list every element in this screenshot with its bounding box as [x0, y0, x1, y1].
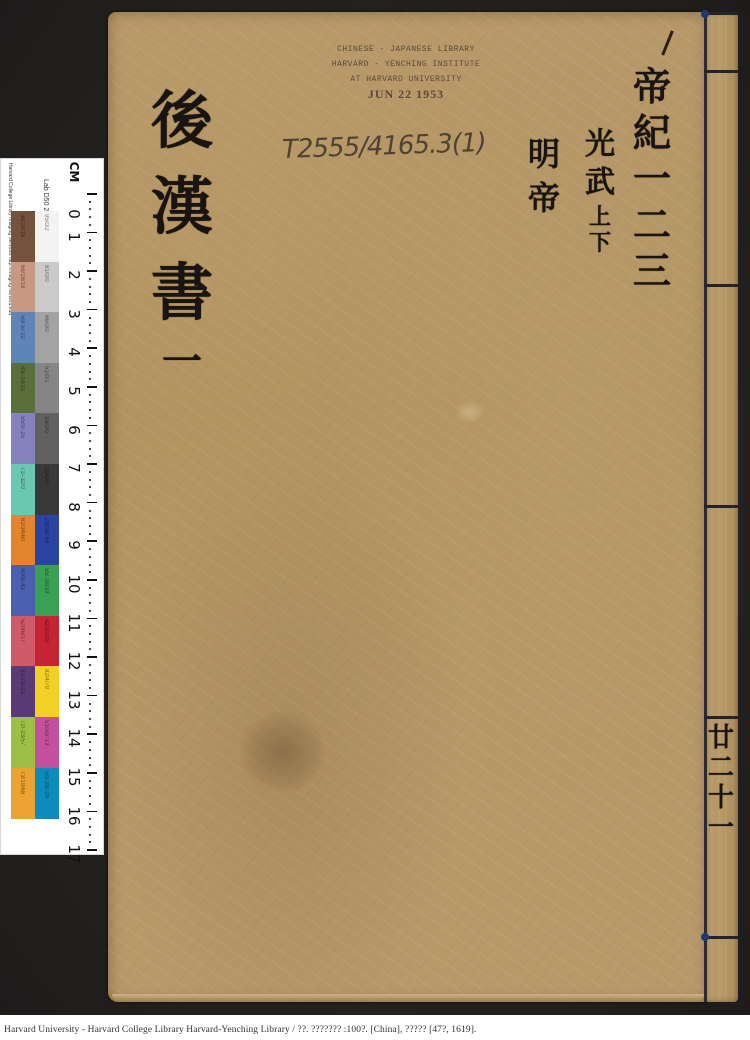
- ruler-minor-tick: [89, 525, 91, 527]
- ruler-minor-tick: [89, 363, 91, 365]
- color-patch: 73/19/68: [11, 768, 35, 819]
- title-char: 漢: [132, 176, 232, 238]
- ruler-minor-tick: [89, 340, 91, 342]
- cover-bottom-edge: [112, 994, 704, 1000]
- patch-lab-value: 50/-5/-22: [19, 315, 25, 339]
- ruler-minor-tick: [89, 286, 91, 288]
- stamp-line-2: HARVARD - YENCHING INSTITUTE: [322, 57, 490, 72]
- ruler-major-tick: [87, 579, 97, 581]
- color-patch: 72/-23/57: [11, 717, 35, 768]
- ruler-minor-tick: [89, 208, 91, 210]
- ruler-minor-tick: [89, 787, 91, 789]
- ruler-number: 0: [65, 203, 83, 225]
- ruler-minor-tick: [89, 371, 91, 373]
- label-char: 帝: [628, 68, 676, 106]
- water-stain: [240, 712, 325, 792]
- color-patch: 50/-28/-29: [35, 768, 59, 819]
- ruler-number: 7: [65, 457, 83, 479]
- patch-lab-value: 82/4/79: [43, 669, 49, 689]
- ruler-major-tick: [87, 309, 97, 311]
- spine-char: 二: [704, 755, 738, 781]
- ruler-minor-tick: [89, 564, 91, 566]
- patch-lab-value: 81/0/0: [43, 265, 49, 282]
- ruler-minor-tick: [89, 255, 91, 257]
- volume-char: 一: [132, 342, 232, 382]
- color-patch: 20/0/0: [35, 464, 59, 515]
- ruler-minor-tick: [89, 687, 91, 689]
- ruler-minor-tick: [89, 741, 91, 743]
- ruler-minor-tick: [89, 355, 91, 357]
- color-patch: 38/14/18: [11, 211, 35, 262]
- binding-stitch: [704, 716, 738, 719]
- ruler-number: 14: [65, 727, 83, 749]
- color-patch: 55/-38/33: [35, 565, 59, 616]
- ruler-unit-label: CM: [67, 161, 81, 183]
- ruler-major-tick: [87, 425, 97, 427]
- patch-lab-value: 38/14/18: [19, 214, 25, 237]
- ruler-number: 6: [65, 419, 83, 441]
- ruler-number: 3: [65, 303, 83, 325]
- light-spot: [455, 400, 485, 424]
- color-patch: 51/0/1: [35, 363, 59, 414]
- ruler-number: 15: [65, 766, 83, 788]
- ruler-minor-tick: [89, 818, 91, 820]
- ruler-minor-tick: [89, 757, 91, 759]
- ruler-minor-tick: [89, 826, 91, 828]
- binding-knot: [701, 933, 709, 941]
- ruler-major-tick: [87, 386, 97, 388]
- color-patch: 43/-14/21: [11, 363, 35, 414]
- contents-label-column-2: 光 武 上 下: [578, 130, 622, 258]
- ruler-minor-tick: [89, 432, 91, 434]
- ruler-number: 11: [65, 612, 83, 634]
- ruler-minor-tick: [89, 201, 91, 203]
- ruler-number: 12: [65, 650, 83, 672]
- patch-lab-value: 42/52/29: [43, 619, 49, 642]
- ruler-minor-tick: [89, 672, 91, 674]
- cm-ruler: CM 01234567891011121314151617: [59, 159, 105, 856]
- ruler-major-tick: [87, 733, 97, 735]
- label-char: 光: [578, 130, 622, 160]
- title-char: 後: [132, 90, 232, 152]
- ruler-minor-tick: [89, 394, 91, 396]
- stamp-line-1: CHINESE - JAPANESE LIBRARY: [322, 42, 490, 57]
- patch-lab-value: 20/0/0: [43, 467, 49, 484]
- ruler-minor-tick: [89, 556, 91, 558]
- ruler-minor-tick: [89, 703, 91, 705]
- stamp-date: JUN 22 1953: [322, 87, 490, 102]
- ruler-minor-tick: [89, 726, 91, 728]
- image-caption: Harvard University - Harvard College Lib…: [0, 1015, 750, 1040]
- ruler-minor-tick: [89, 448, 91, 450]
- label-char: 上: [578, 206, 622, 228]
- patch-lab-value: 51/0/1: [43, 366, 49, 383]
- patch-lab-value: 62/34/60: [19, 518, 25, 541]
- ruler-minor-tick: [89, 749, 91, 751]
- color-patch: 82/4/79: [35, 666, 59, 717]
- binding-stitch: [704, 936, 738, 939]
- ruler-minor-tick: [89, 548, 91, 550]
- ruler-minor-tick: [89, 471, 91, 473]
- patch-lab-value: 95/0/2: [43, 214, 49, 231]
- ruler-minor-tick: [89, 479, 91, 481]
- ruler-minor-tick: [89, 440, 91, 442]
- ruler-major-tick: [87, 540, 97, 542]
- patch-lab-value: 55/-38/33: [43, 568, 49, 593]
- ruler-minor-tick: [89, 610, 91, 612]
- ruler-major-tick: [87, 618, 97, 620]
- stamp-line-3: AT HARVARD UNIVERSITY: [322, 72, 490, 87]
- ruler-minor-tick: [89, 679, 91, 681]
- ruler-minor-tick: [89, 224, 91, 226]
- label-char: 下: [578, 232, 622, 254]
- contents-label-column-3: 明 帝: [522, 138, 566, 226]
- spine-char: 廿: [704, 725, 738, 751]
- ruler-minor-tick: [89, 378, 91, 380]
- binding-stitch: [704, 505, 738, 508]
- ruler-major-tick: [87, 849, 97, 851]
- ruler-major-tick: [87, 811, 97, 813]
- ruler-minor-tick: [89, 510, 91, 512]
- library-stamp: CHINESE - JAPANESE LIBRARY HARVARD - YEN…: [322, 42, 490, 102]
- patch-lab-value: 73/19/68: [19, 771, 25, 794]
- scanned-book-cover-image: CHINESE - JAPANESE LIBRARY HARVARD - YEN…: [0, 0, 750, 1015]
- label-char: 紀: [628, 114, 676, 152]
- patch-lab-value: 31/21/-21: [19, 669, 25, 694]
- ruler-minor-tick: [89, 239, 91, 241]
- ruler-minor-tick: [89, 486, 91, 488]
- ruler-major-tick: [87, 232, 97, 234]
- patch-lab-value: 52/48/17: [19, 619, 25, 642]
- ruler-number: 16: [65, 805, 83, 827]
- title-char: 書: [132, 262, 232, 324]
- patch-lab-value: 40/8/-43: [19, 568, 25, 590]
- ruler-minor-tick: [89, 641, 91, 643]
- ruler-major-tick: [87, 695, 97, 697]
- ruler-minor-tick: [89, 417, 91, 419]
- ruler-minor-tick: [89, 247, 91, 249]
- ruler-minor-tick: [89, 409, 91, 411]
- ruler-number: 17: [65, 843, 83, 865]
- ruler-minor-tick: [89, 633, 91, 635]
- color-patch: 66/0/0: [35, 312, 59, 363]
- ruler-major-tick: [87, 502, 97, 504]
- ruler-major-tick: [87, 772, 97, 774]
- patch-lab-value: 50/-28/-29: [43, 771, 49, 798]
- ruler-minor-tick: [89, 317, 91, 319]
- ruler-minor-tick: [89, 803, 91, 805]
- binding-knot: [701, 10, 709, 18]
- label-char: 一: [628, 160, 676, 198]
- label-char: 帝: [522, 182, 566, 214]
- color-patch: 51/50/-13: [35, 717, 59, 768]
- binding-stitch: [704, 284, 738, 287]
- patch-lab-value: 43/-14/21: [19, 366, 25, 391]
- ruler-minor-tick: [89, 517, 91, 519]
- ruler-major-tick: [87, 270, 97, 272]
- ruler-number: 4: [65, 341, 83, 363]
- ruler-minor-tick: [89, 324, 91, 326]
- ruler-minor-tick: [89, 494, 91, 496]
- ruler-major-tick: [87, 193, 97, 195]
- ruler-minor-tick: [89, 278, 91, 280]
- ruler-minor-tick: [89, 401, 91, 403]
- ruler-minor-tick: [89, 795, 91, 797]
- binding-stitch: [704, 70, 738, 73]
- patch-lab-value: 71/-32/0: [19, 467, 25, 489]
- color-checker-ruler: Harvard College Library Imaging Services…: [0, 158, 104, 855]
- color-patch: 52/48/17: [11, 616, 35, 667]
- ruler-number: 9: [65, 534, 83, 556]
- patch-lab-value: 35/0/0: [43, 416, 49, 433]
- patch-lab-value: 51/50/-13: [43, 720, 49, 745]
- ruler-major-tick: [87, 463, 97, 465]
- patch-lab-value: 55/9/-25: [19, 416, 25, 438]
- ruler-minor-tick: [89, 293, 91, 295]
- label-char: 三: [628, 252, 676, 290]
- color-patch: 42/52/29: [35, 616, 59, 667]
- ruler-minor-tick: [89, 841, 91, 843]
- patch-lab-value: 72/-23/57: [19, 720, 25, 745]
- ruler-minor-tick: [89, 571, 91, 573]
- ruler-major-tick: [87, 656, 97, 658]
- contents-label-column-1: 帝 紀 一 二 三: [628, 68, 676, 298]
- ruler-major-tick: [87, 347, 97, 349]
- patch-lab-value: 66/18/18: [19, 265, 25, 288]
- ruler-number: 1: [65, 226, 83, 248]
- ruler-minor-tick: [89, 332, 91, 334]
- color-patch: 81/0/0: [35, 262, 59, 313]
- color-patch: 40/8/-43: [11, 565, 35, 616]
- color-patch: 62/34/60: [11, 515, 35, 566]
- ruler-minor-tick: [89, 718, 91, 720]
- color-patch: 50/-5/-22: [11, 312, 35, 363]
- ruler-minor-tick: [89, 834, 91, 836]
- label-char: 二: [628, 206, 676, 244]
- ruler-minor-tick: [89, 216, 91, 218]
- color-patch: 29/19/-54: [35, 515, 59, 566]
- color-patch: 35/0/0: [35, 413, 59, 464]
- ruler-number: 5: [65, 380, 83, 402]
- binding-stitch: [704, 12, 738, 15]
- spine-char: 十: [704, 785, 738, 811]
- spine-char: 一: [704, 815, 738, 841]
- ruler-minor-tick: [89, 764, 91, 766]
- ruler-minor-tick: [89, 710, 91, 712]
- ruler-minor-tick: [89, 664, 91, 666]
- ruler-number: 2: [65, 264, 83, 286]
- color-patch: 31/21/-21: [11, 666, 35, 717]
- ruler-minor-tick: [89, 533, 91, 535]
- color-patch: 95/0/2: [35, 211, 59, 262]
- ruler-minor-tick: [89, 780, 91, 782]
- ruler-minor-tick: [89, 455, 91, 457]
- color-patch: 66/18/18: [11, 262, 35, 313]
- label-char: 武: [578, 168, 622, 198]
- ruler-minor-tick: [89, 648, 91, 650]
- ruler-minor-tick: [89, 594, 91, 596]
- ruler-number: 10: [65, 573, 83, 595]
- spine-volume-label: 廿 二 十 一: [704, 725, 738, 845]
- ruler-number: 13: [65, 689, 83, 711]
- ruler-minor-tick: [89, 301, 91, 303]
- label-char: 明: [522, 138, 566, 170]
- ruler-minor-tick: [89, 262, 91, 264]
- book-title-calligraphy: 後 漢 書 一: [132, 90, 232, 406]
- color-patch: 55/9/-25: [11, 413, 35, 464]
- patch-lab-value: 29/19/-54: [43, 518, 49, 543]
- ruler-minor-tick: [89, 625, 91, 627]
- ruler-minor-tick: [89, 587, 91, 589]
- color-patch: 71/-32/0: [11, 464, 35, 515]
- patch-lab-value: 66/0/0: [43, 315, 49, 332]
- ruler-number: 8: [65, 496, 83, 518]
- ruler-minor-tick: [89, 602, 91, 604]
